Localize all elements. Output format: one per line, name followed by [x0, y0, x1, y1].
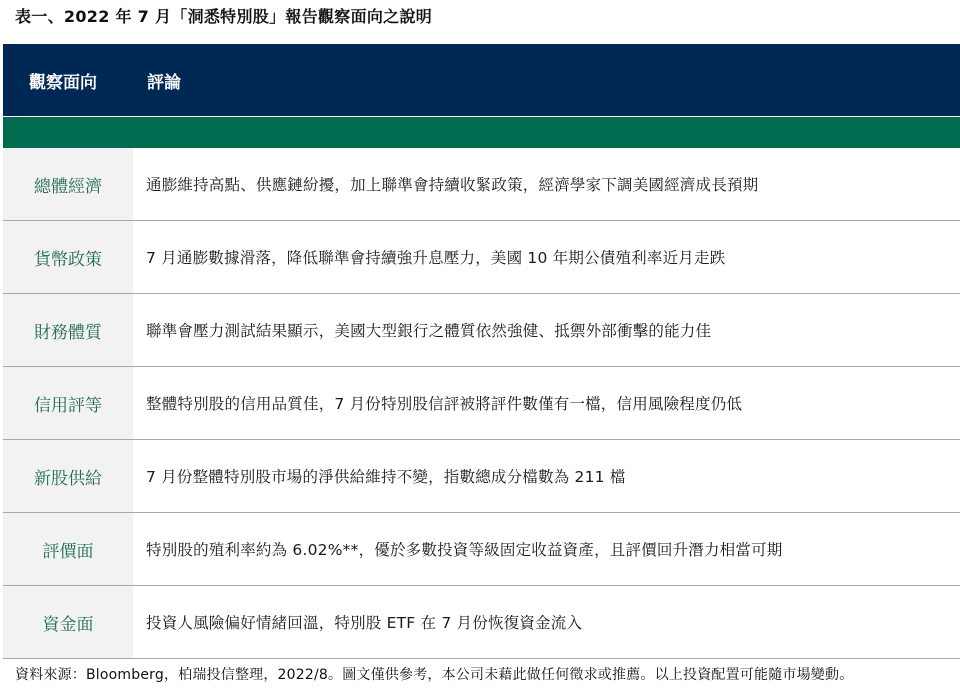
row-commentary: 投資人風險偏好情緒回溫，特別股 ETF 在 7 月份恢復資金流入: [133, 586, 960, 658]
table-row: 貨幣政策 7 月通膨數據滑落，降低聯準會持續強升息壓力，美國 10 年期公債殖利…: [3, 221, 960, 294]
table-row: 總體經濟 通膨維持高點、供應鏈紛擾，加上聯準會持續收緊政策，經濟學家下調美國經濟…: [3, 148, 960, 221]
row-label: 總體經濟: [3, 148, 133, 220]
header-commentary: 評論: [133, 68, 181, 93]
observation-table: 觀察面向 評論 總體經濟 通膨維持高點、供應鏈紛擾，加上聯準會持續收緊政策，經濟…: [3, 44, 960, 659]
row-label: 資金面: [3, 586, 133, 658]
table-row: 資金面 投資人風險偏好情緒回溫，特別股 ETF 在 7 月份恢復資金流入: [3, 586, 960, 659]
table-header: 觀察面向 評論: [3, 44, 960, 116]
source-footnote: 資料來源：Bloomberg，柏瑞投信整理，2022/8。圖文僅供參考，本公司未…: [15, 664, 853, 684]
table-row: 信用評等 整體特別股的信用品質佳，7 月份特別股信評被將評件數僅有一檔，信用風險…: [3, 367, 960, 440]
row-label: 信用評等: [3, 367, 133, 439]
table-row: 財務體質 聯準會壓力測試結果顯示，美國大型銀行之體質依然強健、抵禦外部衝擊的能力…: [3, 294, 960, 367]
row-commentary: 通膨維持高點、供應鏈紛擾，加上聯準會持續收緊政策，經濟學家下調美國經濟成長預期: [133, 148, 960, 220]
row-label: 評價面: [3, 513, 133, 585]
table-row: 新股供給 7 月份整體特別股市場的淨供給維持不變，指數總成分檔數為 211 檔: [3, 440, 960, 513]
page-title: 表一、2022 年 7 月「洞悉特別股」報告觀察面向之說明: [15, 4, 432, 27]
green-accent-band: [3, 117, 960, 148]
row-label: 財務體質: [3, 294, 133, 366]
row-commentary: 特別股的殖利率約為 6.02%**，優於多數投資等級固定收益資產，且評價回升潛力…: [133, 513, 960, 585]
row-label: 新股供給: [3, 440, 133, 512]
row-label: 貨幣政策: [3, 221, 133, 293]
row-commentary: 7 月份整體特別股市場的淨供給維持不變，指數總成分檔數為 211 檔: [133, 440, 960, 512]
table-row: 評價面 特別股的殖利率約為 6.02%**，優於多數投資等級固定收益資產，且評價…: [3, 513, 960, 586]
row-commentary: 整體特別股的信用品質佳，7 月份特別股信評被將評件數僅有一檔，信用風險程度仍低: [133, 367, 960, 439]
row-commentary: 7 月通膨數據滑落，降低聯準會持續強升息壓力，美國 10 年期公債殖利率近月走跌: [133, 221, 960, 293]
row-commentary: 聯準會壓力測試結果顯示，美國大型銀行之體質依然強健、抵禦外部衝擊的能力佳: [133, 294, 960, 366]
header-observation-aspect: 觀察面向: [3, 68, 133, 93]
